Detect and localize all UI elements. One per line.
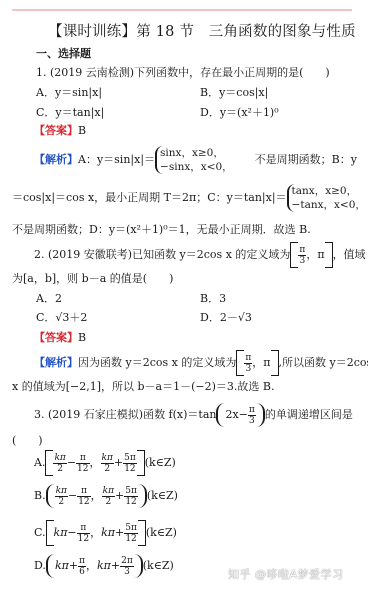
fraction: π12 — [77, 486, 90, 507]
analysis-label: 【解析】 — [34, 153, 78, 166]
right-bracket — [325, 242, 333, 268]
denominator: 2 — [101, 464, 114, 474]
operator: − — [68, 489, 77, 502]
operator: + — [114, 456, 123, 469]
right-paren — [134, 554, 143, 578]
denominator: 2 — [55, 497, 68, 507]
numerator: 5π — [123, 453, 137, 464]
numerator: 5π — [124, 486, 138, 497]
fraction: kπ2 — [55, 486, 68, 507]
q1-analysis-line3: 不是周期函数；D：y＝(x²＋1)⁰＝1，无最小正周期．故选 B. — [12, 221, 311, 237]
option-label: B. — [34, 489, 46, 502]
fraction: kπ2 — [101, 453, 114, 474]
denominator: 2 — [102, 497, 115, 507]
q3-option-a: A.kπ2−π12，kπ2+5π12(k∈Z) — [34, 450, 176, 476]
answer-label: 【答案】 — [34, 124, 78, 137]
option-suffix: (k∈Z) — [143, 559, 174, 572]
numerator: kπ — [55, 486, 68, 497]
option-suffix: (k∈Z) — [147, 489, 178, 502]
left-bracket — [46, 520, 54, 546]
left-bracket — [236, 350, 244, 376]
operator: − — [67, 456, 76, 469]
numerator: π — [248, 405, 256, 416]
case-line: −tanx，x<0， — [292, 198, 366, 212]
numerator: kπ — [53, 453, 66, 464]
q1-option-c: C．y＝tan|x| — [36, 104, 104, 120]
fraction: 2π3 — [120, 556, 134, 577]
numerator: π — [77, 486, 90, 497]
q2-analysis-line2: x 的值域为[−2,1]，所以 b－a＝1－(−2)＝3.故选 B. — [12, 378, 274, 394]
q2-analysis-line1: 【解析】因为函数 y＝2cos x 的定义域为π3，π,所以函数 y＝2cos — [34, 350, 368, 376]
fraction: 5π12 — [124, 523, 138, 544]
q2-answer: 【答案】B — [34, 329, 86, 345]
answer-value: B — [78, 124, 86, 137]
denominator: 3 — [120, 567, 134, 577]
right-paren — [256, 403, 265, 427]
analysis-text: 不是周期函数；B：y — [255, 153, 357, 166]
fraction: π12 — [76, 453, 89, 474]
piecewise-brace: sinx，x≥0，−sinx，x<0， — [155, 146, 233, 174]
fraction: 5π12 — [123, 453, 137, 474]
denominator: 12 — [124, 497, 138, 507]
q2-option-c: C．√3＋2 — [36, 309, 87, 325]
left-paren — [46, 484, 55, 508]
domain-right: π — [317, 248, 324, 261]
q1-answer: 【答案】B — [34, 122, 86, 138]
analysis-text: A：y＝sin|x|＝ — [78, 153, 155, 166]
option-suffix: (k∈Z) — [146, 526, 177, 539]
q1-stem: 1. (2019 云南检测)下列函数中，存在最小正周期的是( ) — [36, 64, 330, 80]
numerator: 2π — [120, 556, 134, 567]
q2-stem-line2: 为[a，b]，则 b－a 的值是( ) — [12, 270, 173, 286]
term: kπ+ — [55, 559, 78, 572]
denominator: 12 — [77, 497, 90, 507]
q3-stem-line1: 3. (2019 石家庄模拟)函数 f(x)＝tan2x−π3的单调递增区间是 — [34, 403, 353, 427]
case-line: −sinx，x<0， — [160, 160, 233, 174]
right-bracket — [271, 350, 279, 376]
q1-option-b: B．y＝cos|x| — [200, 84, 268, 100]
q3-option-c: C.kπ−π12，kπ+5π12(k∈Z) — [34, 520, 177, 546]
analysis-text: ＝cos|x|＝cos x，最小正周期 T＝2π；C：y＝tan|x|＝ — [12, 191, 287, 204]
denominator: 12 — [76, 464, 89, 474]
numerator: kπ — [101, 453, 114, 464]
top-rule — [12, 9, 352, 11]
numerator: π — [77, 523, 90, 534]
option-suffix: (k∈Z) — [145, 456, 176, 469]
q2-stem-line1: 2. (2019 安徽联考)已知函数 y＝2cos x 的定义域为π3，π，值域 — [34, 242, 366, 268]
option-label: C. — [34, 526, 46, 539]
q3-stem-line2: ( ) — [12, 432, 43, 448]
analysis-text: ,所以函数 y＝2cos — [279, 356, 368, 369]
fraction: π3 — [248, 405, 256, 426]
denominator: 3 — [248, 416, 256, 426]
fraction: kπ2 — [53, 453, 66, 474]
fraction: π6 — [78, 556, 86, 577]
denominator: 12 — [77, 534, 90, 544]
q1-analysis-line1: 【解析】A：y＝sin|x|＝sinx，x≥0，−sinx，x<0，不是周期函数… — [34, 146, 357, 174]
fraction: kπ2 — [102, 486, 115, 507]
domain-right: π — [263, 356, 270, 369]
right-paren — [138, 484, 147, 508]
term: kπ+ — [101, 526, 124, 539]
page-title: 【课时训练】第 18 节 三角函数的图象与性质 — [48, 20, 356, 41]
numerator: π — [76, 453, 89, 464]
term: kπ− — [54, 526, 77, 539]
analysis-label: 【解析】 — [34, 356, 78, 369]
left-bracket — [290, 242, 298, 268]
q1-option-a: A．y＝sin|x| — [36, 84, 102, 100]
q2-option-d: D．2－√3 — [200, 309, 252, 325]
fraction: π12 — [77, 523, 90, 544]
case-line: tanx，x≥0， — [292, 184, 366, 198]
stem-text: 的单调递增区间是 — [265, 408, 353, 421]
stem-text: 2. (2019 安徽联考)已知函数 y＝2cos x 的定义域为 — [34, 248, 290, 261]
denominator: 2 — [53, 464, 66, 474]
numerator: π — [78, 556, 86, 567]
operator: + — [115, 489, 124, 502]
watermark: 知乎 @哆啦A梦爱学习 — [228, 566, 344, 582]
option-label: D. — [34, 559, 46, 572]
right-bracket — [137, 450, 145, 476]
stem-text: 3. (2019 石家庄模拟)函数 f(x)＝tan — [34, 408, 216, 421]
answer-label: 【答案】 — [34, 331, 78, 344]
denominator: 12 — [124, 534, 138, 544]
term: kπ+ — [97, 559, 120, 572]
left-paren — [46, 554, 55, 578]
q1-analysis-line2: ＝cos|x|＝cos x，最小正周期 T＝2π；C：y＝tan|x|＝tanx… — [12, 184, 366, 212]
option-label: A. — [34, 456, 45, 469]
piecewise-brace: tanx，x≥0，−tanx，x<0， — [287, 184, 366, 212]
denominator: 6 — [78, 567, 86, 577]
case-line: sinx，x≥0， — [160, 146, 233, 160]
section-heading: 一、选择题 — [36, 45, 91, 61]
q2-option-a: A．2 — [36, 290, 62, 306]
answer-value: B — [78, 331, 86, 344]
inner-expr: 2x− — [225, 408, 247, 421]
denominator: 12 — [123, 464, 137, 474]
numerator: kπ — [102, 486, 115, 497]
q1-option-d: D．y＝(x²＋1)⁰ — [200, 104, 279, 120]
q3-option-b: B.kπ2−π12，kπ2+5π12(k∈Z) — [34, 484, 178, 508]
stem-text: ，值域 — [333, 248, 366, 261]
q3-option-d: D.kπ+π6，kπ+2π3(k∈Z) — [34, 554, 174, 578]
analysis-text: 因为函数 y＝2cos x 的定义域为 — [78, 356, 236, 369]
right-bracket — [138, 520, 146, 546]
numerator: 5π — [124, 523, 138, 534]
q2-option-b: B．3 — [200, 290, 226, 306]
fraction: 5π12 — [124, 486, 138, 507]
left-bracket — [45, 450, 53, 476]
